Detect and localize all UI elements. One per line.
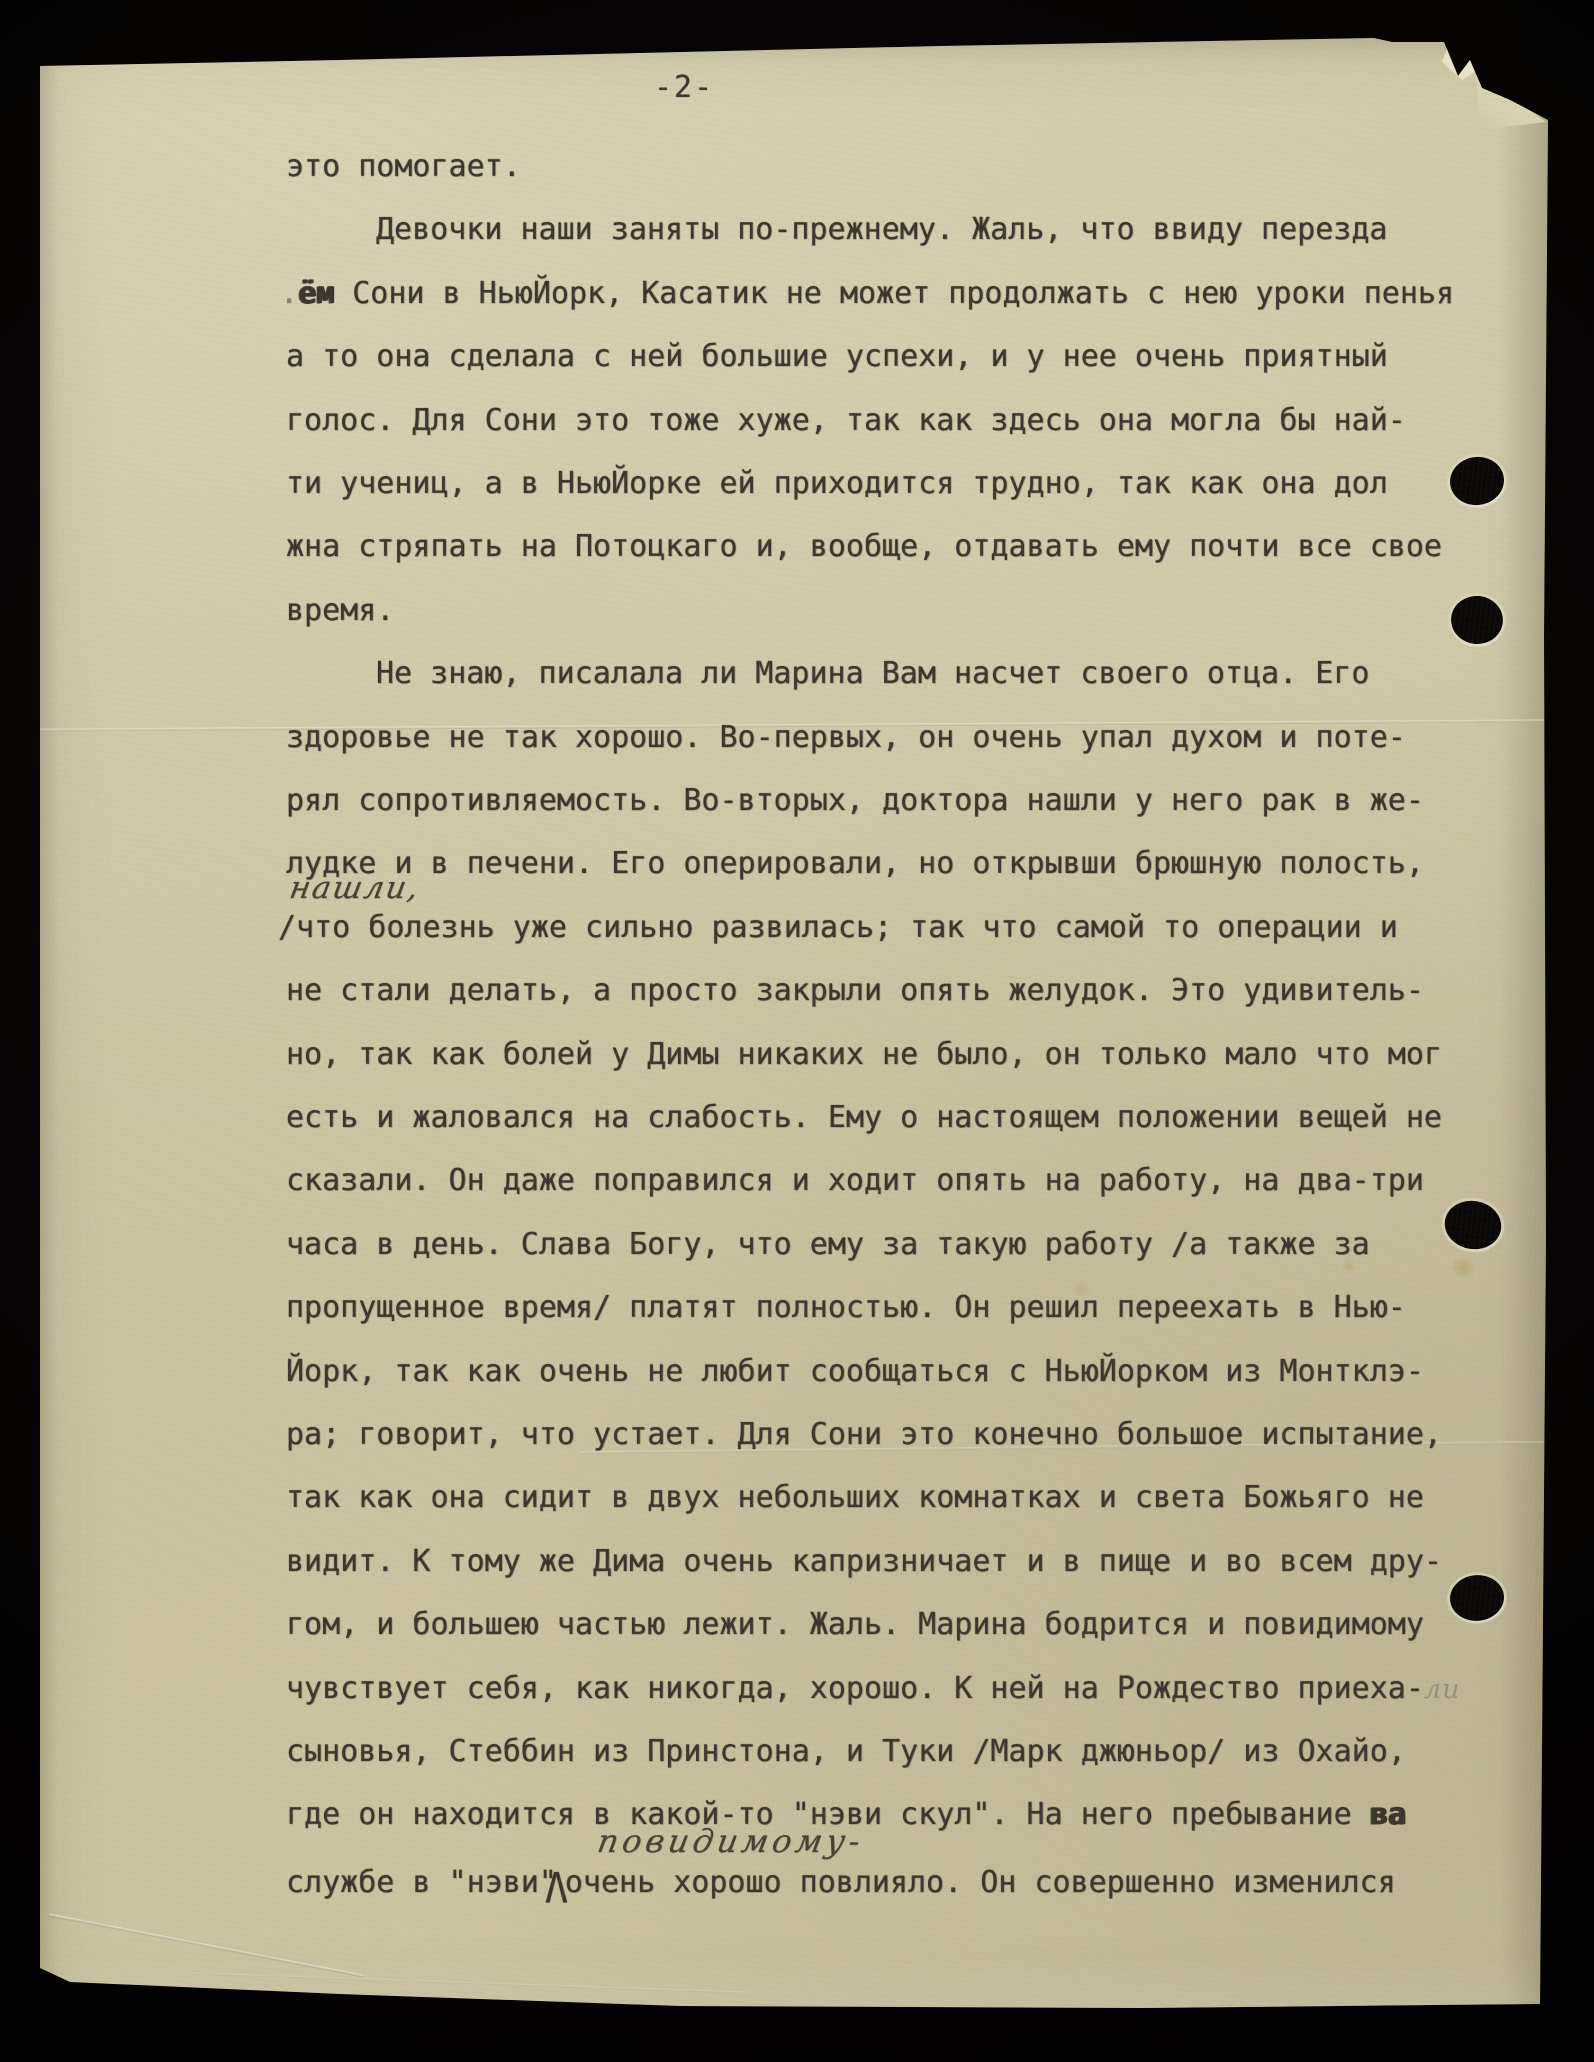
typewritten-line: голос. Для Сони это тоже хуже, так как з… — [286, 404, 1406, 438]
typewritten-line: рял сопротивляемость. Во-вторых, доктора… — [286, 784, 1424, 818]
typewritten-line: Девочки наши заняты по-прежнему. Жаль, ч… — [376, 213, 1387, 247]
rust-stain — [1448, 1258, 1478, 1278]
handwritten-insertion-nashli: нашли, — [287, 870, 423, 906]
typewritten-line: сказали. Он даже поправился и ходит опят… — [286, 1164, 1424, 1198]
crease-bottom — [190, 1972, 750, 1994]
typewritten-line: видит. К тому же Дима очень капризничает… — [286, 1545, 1442, 1579]
typewritten-line: Йорк, так как очень не любит сообщаться … — [286, 1355, 1424, 1389]
typewritten-line: часа в день. Слава Богу, что ему за таку… — [286, 1228, 1370, 1262]
typewritten-line: /что болезнь уже сильно развилась; так ч… — [278, 911, 1398, 945]
typewritten-line: жна стряпать на Потоцкаго и, вообще, отд… — [286, 530, 1442, 564]
typewritten-line: ра; говорит, что устает. Для Сони это ко… — [286, 1418, 1442, 1452]
paper-sheet: -2- это помогает.Девочки наши заняты по-… — [40, 36, 1548, 2008]
typewritten-line: здоровье не так хорошо. Во-первых, он оч… — [286, 721, 1406, 755]
typewritten-line: а то она сделала с ней большие успехи, и… — [286, 340, 1388, 374]
typewritten-line: гом, и большею частью лежит. Жаль. Марин… — [286, 1608, 1424, 1642]
typewritten-line: службе в "нэви"Λочень хорошо повлияло. О… — [286, 1862, 1396, 1900]
typewritten-line: но, так как болей у Димы никаких не было… — [286, 1038, 1442, 1072]
handwritten-insertion-povidimomu: повидимому- — [595, 1822, 867, 1860]
scanned-letter-page: -2- это помогает.Девочки наши заняты по-… — [0, 0, 1594, 2062]
corner-crease-bottom-left — [49, 1913, 364, 1977]
typewritten-line: Не знаю, писалала ли Марина Вам насчет с… — [376, 657, 1369, 691]
rust-stain — [1340, 1260, 1358, 1272]
typewritten-line: лудке и в печени. Его оперировали, но от… — [286, 847, 1424, 881]
folded-corner-flap — [1436, 64, 1548, 134]
typewritten-line: есть и жаловался на слабость. Ему о наст… — [286, 1101, 1442, 1135]
punch-hole — [1449, 594, 1504, 645]
typewritten-line: не стали делать, а просто закрыли опять … — [286, 974, 1424, 1008]
typewritten-line: чувствует себя, как никогда, хорошо. К н… — [286, 1672, 1460, 1707]
typewritten-line: ти учениц, а в НьюЙорке ей приходится тр… — [286, 467, 1388, 501]
typewritten-line: это помогает. — [286, 150, 521, 184]
typewritten-line: пропущенное время/ платят полностью. Он … — [286, 1291, 1406, 1325]
paper-edge-shading — [40, 36, 1548, 2008]
typewritten-line: сыновья, Стеббин из Принстона, и Туки /М… — [286, 1735, 1406, 1769]
typewritten-line: так как она сидит в двух небольших комна… — [286, 1481, 1424, 1515]
punch-hole — [1447, 453, 1507, 508]
punch-hole — [1441, 1196, 1505, 1253]
page-number: -2- — [654, 70, 714, 105]
punch-hole — [1448, 1573, 1506, 1623]
typewritten-line: .ём Сони в НьюЙорк, Касатик не может про… — [280, 277, 1454, 311]
typewritten-line: время. — [286, 594, 394, 628]
